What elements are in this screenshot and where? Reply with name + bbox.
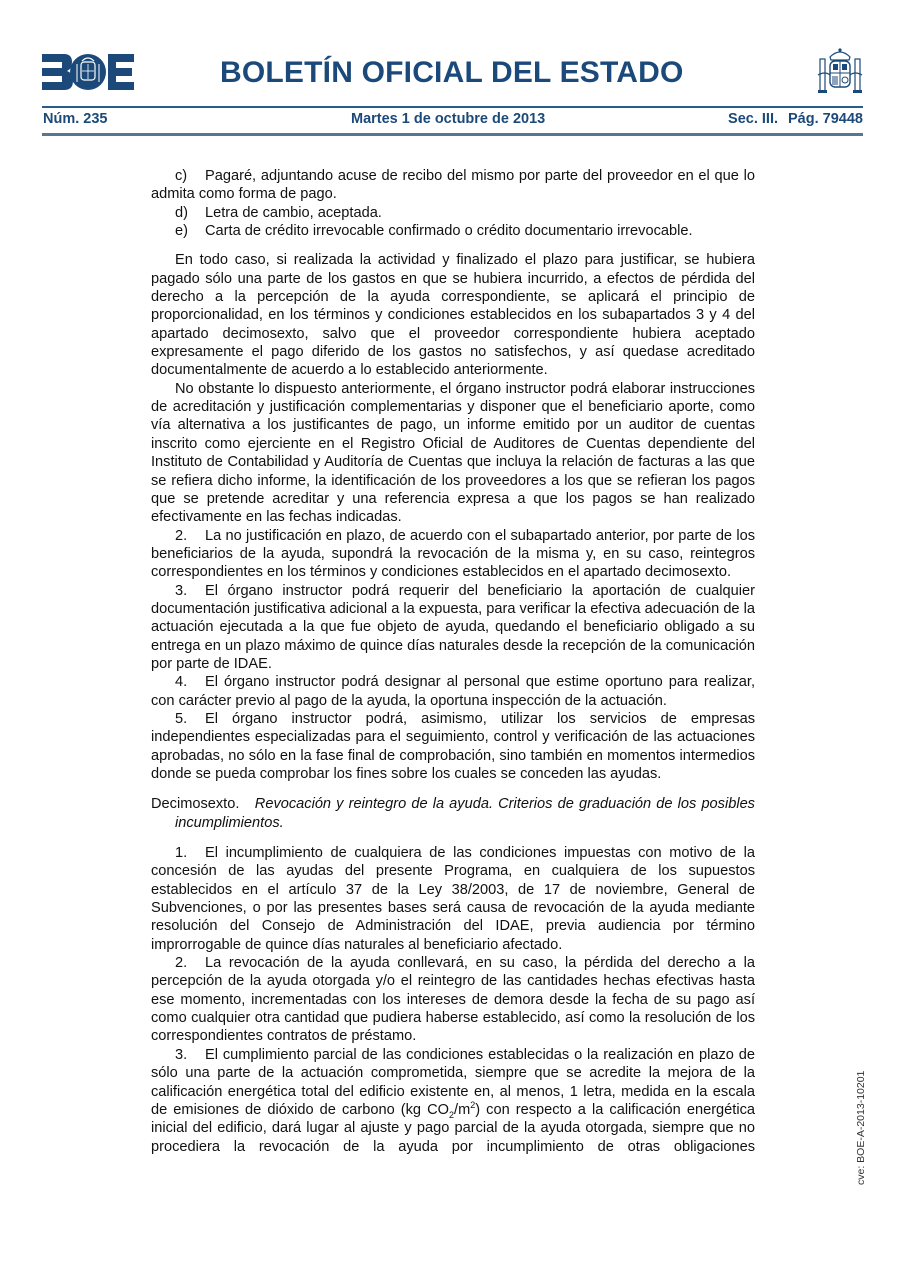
list-text: Carta de crédito irrevocable confirmado … [205, 223, 693, 239]
coat-of-arms-icon [815, 45, 865, 95]
list-item: e)Carta de crédito irrevocable confirmad… [151, 222, 755, 240]
list-text: Letra de cambio, aceptada. [205, 205, 382, 221]
header-divider [42, 106, 863, 108]
paragraph-no-obstante: No obstante lo dispuesto anteriormente, … [151, 380, 755, 527]
numbered-paragraph: 2.La no justificación en plazo, de acuer… [151, 527, 755, 582]
coat-of-arms [815, 45, 865, 95]
paragraph-number: 3. [175, 1046, 205, 1064]
paragraph-text: La no justificación en plazo, de acuerdo… [151, 528, 755, 581]
issue-number: Núm. 235 [43, 111, 107, 127]
paragraph-number: 3. [175, 582, 205, 600]
section-heading: Decimosexto. Revocación y reintegro de l… [151, 795, 755, 832]
numbered-paragraph: 1.El incumplimiento de cualquiera de las… [151, 844, 755, 954]
paragraph-number: 2. [175, 954, 205, 972]
list-marker: d) [175, 204, 205, 222]
boe-logo [42, 52, 134, 92]
boe-logo-icon [42, 52, 134, 92]
paragraph-text: El órgano instructor podrá, asimismo, ut… [151, 711, 755, 782]
numbered-paragraph: 2.La revocación de la ayuda conllevará, … [151, 954, 755, 1046]
paragraph-number: 1. [175, 844, 205, 862]
header-bottom-divider [42, 133, 863, 136]
paragraph-number: 2. [175, 527, 205, 545]
issue-date: Martes 1 de octubre de 2013 [351, 111, 545, 127]
section-heading-label: Decimosexto. [151, 796, 239, 812]
page-title: BOLETÍN OFICIAL DEL ESTADO [220, 56, 684, 90]
paragraph-number: 5. [175, 710, 205, 728]
paragraph-text: El órgano instructor podrá requerir del … [151, 583, 755, 672]
paragraph-text: La revocación de la ayuda conllevará, en… [151, 955, 755, 1044]
numbered-paragraph: 3.El cumplimiento parcial de las condici… [151, 1046, 755, 1156]
list-marker: e) [175, 222, 205, 240]
section-label: Sec. III. [728, 111, 778, 127]
section-heading-title: Revocación y reintegro de la ayuda. Crit… [175, 796, 755, 830]
numbered-paragraph: 4.El órgano instructor podrá designar al… [151, 673, 755, 710]
list-marker: c) [175, 167, 205, 185]
section-page: Sec. III.Pág. 79448 [728, 111, 863, 127]
document-body: c)Pagaré, adjuntando acuse de recibo del… [151, 167, 755, 1156]
paragraph-en-todo-caso: En todo caso, si realizada la actividad … [151, 251, 755, 379]
list-item: c)Pagaré, adjuntando acuse de recibo del… [151, 167, 755, 204]
numbered-paragraph: 5.El órgano instructor podrá, asimismo, … [151, 710, 755, 783]
paragraph-text: El incumplimiento de cualquiera de las c… [151, 845, 755, 953]
page-number: Pág. 79448 [788, 111, 863, 127]
numbered-paragraph: 3.El órgano instructor podrá requerir de… [151, 582, 755, 674]
paragraph-number: 4. [175, 673, 205, 691]
cve-identifier: cve: BOE-A-2013-10201 [855, 1071, 867, 1185]
list-item: d)Letra de cambio, aceptada. [151, 204, 755, 222]
paragraph-text: El órgano instructor podrá designar al p… [151, 674, 755, 708]
list-text: Pagaré, adjuntando acuse de recibo del m… [151, 168, 755, 202]
unit-text: /m [454, 1102, 470, 1118]
